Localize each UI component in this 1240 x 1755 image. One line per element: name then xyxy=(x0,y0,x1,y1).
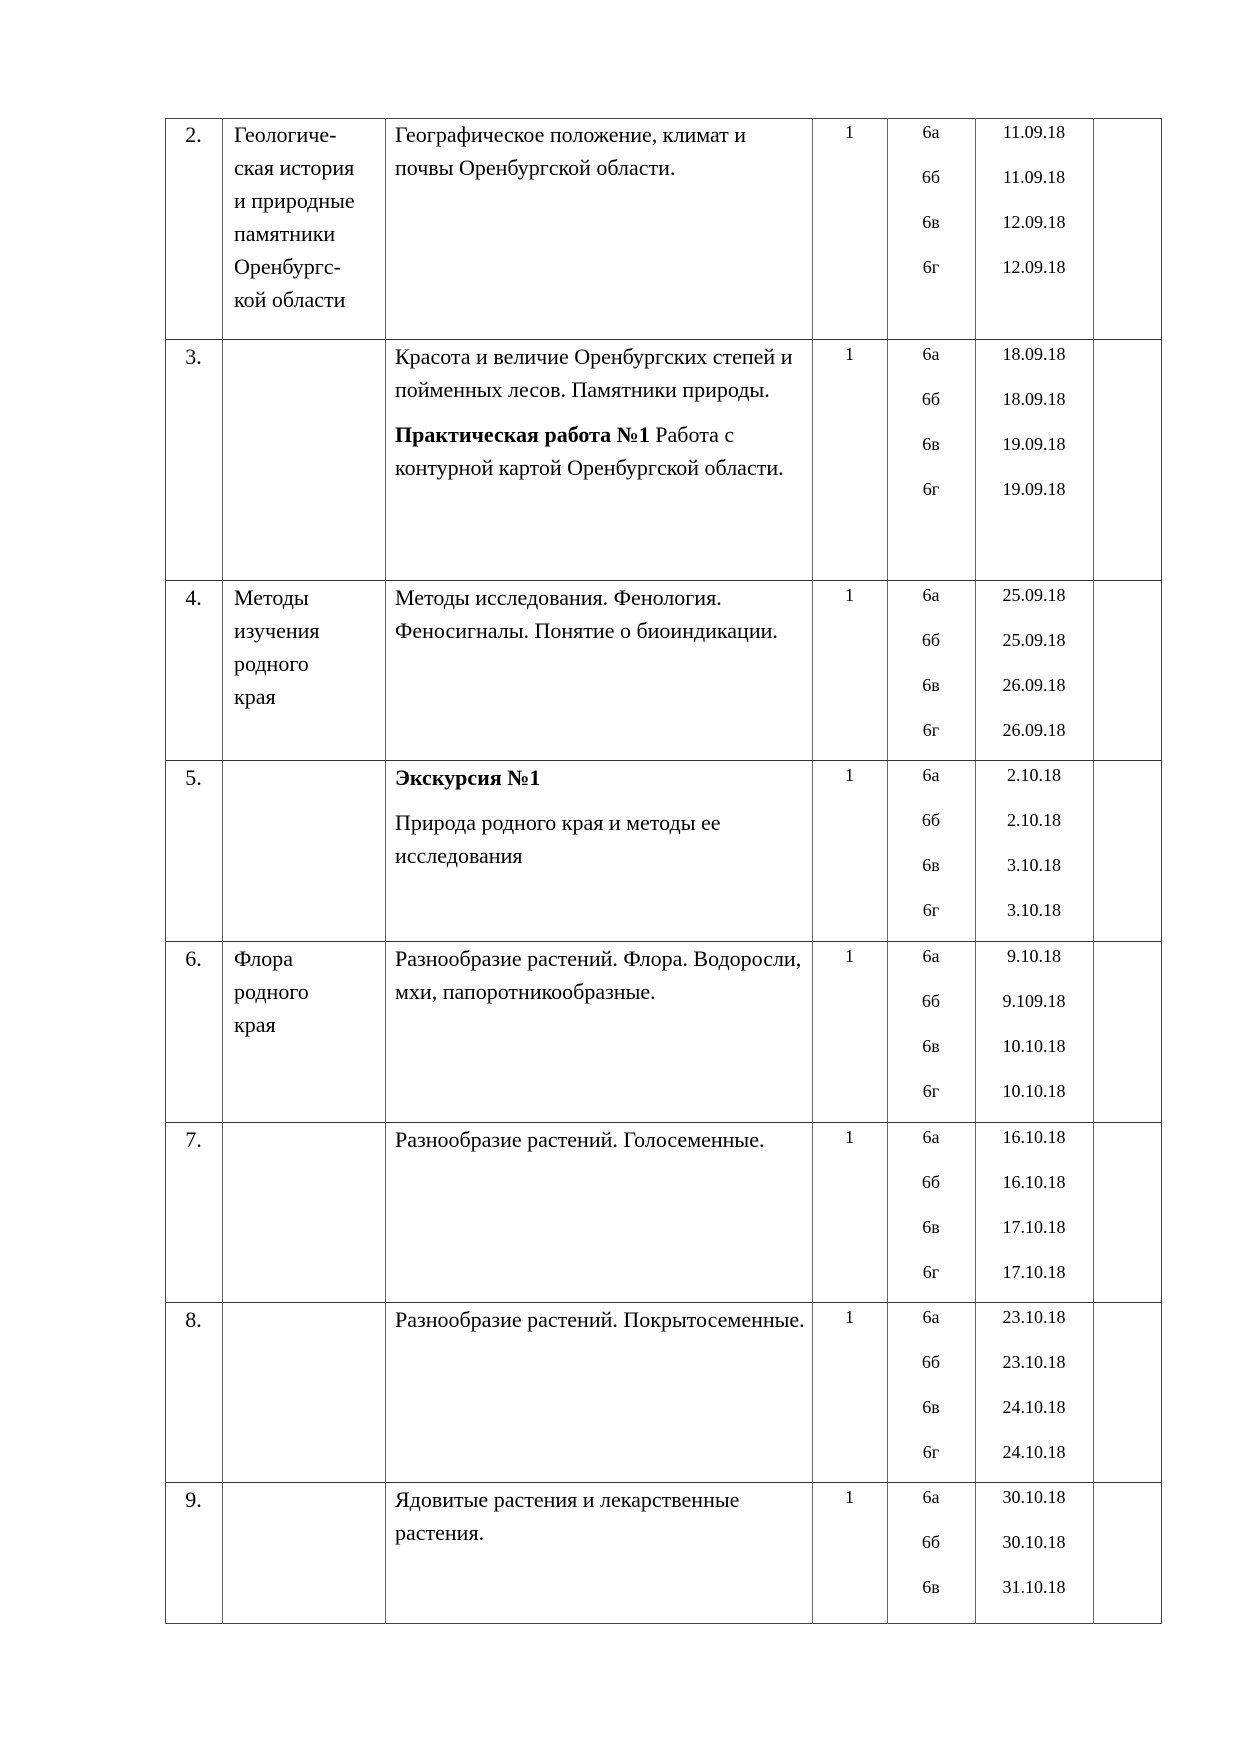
class-list: 6а6б6в6г xyxy=(887,761,975,941)
lesson-topic: Географическое положение, климат и почвы… xyxy=(385,118,812,196)
hours-count: 1 xyxy=(812,581,887,609)
class-name: 6б xyxy=(887,1168,975,1213)
topic-paragraph: Разнообразие растений. Голосеменные. xyxy=(395,1123,806,1156)
hours-count: 1 xyxy=(812,761,887,789)
hours-count: 1 xyxy=(812,1303,887,1331)
class-name: 6г xyxy=(887,716,975,761)
class-list: 6а6б6в6г xyxy=(887,581,975,761)
class-name: 6г xyxy=(887,253,975,298)
hours-count: 1 xyxy=(812,118,887,146)
section-title: Методыизученияродногокрая xyxy=(222,581,385,713)
class-name: 6г xyxy=(887,1258,975,1303)
planned-date: 23.10.18 xyxy=(975,1303,1093,1348)
class-name: 6б xyxy=(887,626,975,671)
date-list: 18.09.1818.09.1819.09.1819.09.18 xyxy=(975,340,1093,520)
section-title: Флорародногокрая xyxy=(222,942,385,1041)
planned-date: 9.109.18 xyxy=(975,987,1093,1032)
lesson-plan-table: 2.Геологиче-ская историяи природныепамят… xyxy=(165,118,1162,1624)
class-list: 6а6б6в6г xyxy=(887,1303,975,1483)
table-row: 2.Геологиче-ская историяи природныепамят… xyxy=(165,118,1162,339)
class-name: 6в xyxy=(887,1213,975,1258)
planned-date: 19.09.18 xyxy=(975,430,1093,475)
row-number: 5. xyxy=(165,761,222,794)
planned-date: 2.10.18 xyxy=(975,806,1093,851)
topic-bold-label: Практическая работа №1 xyxy=(395,422,650,447)
hours-count: 1 xyxy=(812,340,887,368)
hours-count: 1 xyxy=(812,1123,887,1151)
planned-date: 3.10.18 xyxy=(975,896,1093,941)
table-row: 9.Ядовитые растения и лекарственные раст… xyxy=(165,1482,1162,1625)
topic-paragraph: Географическое положение, климат и почвы… xyxy=(395,118,806,184)
planned-date: 30.10.18 xyxy=(975,1528,1093,1573)
date-list: 2.10.182.10.183.10.183.10.18 xyxy=(975,761,1093,941)
topic-paragraph: Практическая работа №1 Работа с контурно… xyxy=(395,418,806,484)
planned-date: 17.10.18 xyxy=(975,1258,1093,1303)
row-number: 3. xyxy=(165,340,222,373)
hours-count: 1 xyxy=(812,942,887,970)
class-list: 6а6б6в6г xyxy=(887,1123,975,1303)
lesson-topic: Ядовитые растения и лекарственные растен… xyxy=(385,1483,812,1561)
class-name: 6а xyxy=(887,1483,975,1528)
planned-date: 24.10.18 xyxy=(975,1393,1093,1438)
planned-date: 12.09.18 xyxy=(975,208,1093,253)
class-name: 6б xyxy=(887,385,975,430)
class-name: 6б xyxy=(887,1528,975,1573)
table-row: 5.Экскурсия №1 Природа родного края и ме… xyxy=(165,760,1162,942)
topic-paragraph: Методы исследования. Фенология. Феносигн… xyxy=(395,581,806,647)
class-name: 6в xyxy=(887,1573,975,1618)
section-title: Геологиче-ская историяи природныепамятни… xyxy=(222,118,385,316)
planned-date: 26.09.18 xyxy=(975,671,1093,716)
planned-date: 31.10.18 xyxy=(975,1573,1093,1618)
class-name: 6г xyxy=(887,1077,975,1122)
planned-date: 10.10.18 xyxy=(975,1077,1093,1122)
lesson-topic: Разнообразие растений. Флора. Водоросли,… xyxy=(385,942,812,1020)
class-name: 6а xyxy=(887,942,975,987)
topic-paragraph: Экскурсия №1 xyxy=(395,761,806,794)
table-row: 6.ФлорародногокраяРазнообразие растений.… xyxy=(165,941,1162,1123)
class-name: 6в xyxy=(887,430,975,475)
row-number: 7. xyxy=(165,1123,222,1156)
topic-paragraph: Природа родного края и методы ее исследо… xyxy=(395,806,806,872)
planned-date: 11.09.18 xyxy=(975,163,1093,208)
planned-date: 3.10.18 xyxy=(975,851,1093,896)
table-row: 4.МетодыизученияродногокраяМетоды исслед… xyxy=(165,580,1162,761)
class-name: 6а xyxy=(887,581,975,626)
date-list: 9.10.189.109.1810.10.1810.10.18 xyxy=(975,942,1093,1122)
class-name: 6б xyxy=(887,806,975,851)
class-name: 6в xyxy=(887,671,975,716)
date-list: 11.09.1811.09.1812.09.1812.09.18 xyxy=(975,118,1093,298)
lesson-topic: Экскурсия №1 Природа родного края и мето… xyxy=(385,761,812,884)
class-list: 6а6б6в6г xyxy=(887,118,975,298)
table-row: 3.Красота и величие Оренбургских степей … xyxy=(165,339,1162,581)
row-number: 9. xyxy=(165,1483,222,1516)
date-list: 16.10.1816.10.1817.10.1817.10.18 xyxy=(975,1123,1093,1303)
class-name: 6г xyxy=(887,896,975,941)
planned-date: 9.10.18 xyxy=(975,942,1093,987)
class-name: 6в xyxy=(887,1393,975,1438)
planned-date: 11.09.18 xyxy=(975,118,1093,163)
planned-date: 26.09.18 xyxy=(975,716,1093,761)
class-list: 6а6б6в6г xyxy=(887,340,975,520)
planned-date: 24.10.18 xyxy=(975,1438,1093,1483)
row-number: 6. xyxy=(165,942,222,975)
row-number: 2. xyxy=(165,118,222,151)
class-name: 6б xyxy=(887,1348,975,1393)
topic-paragraph: Красота и величие Оренбургских степей и … xyxy=(395,340,806,406)
planned-date: 19.09.18 xyxy=(975,475,1093,520)
class-name: 6а xyxy=(887,1123,975,1168)
planned-date: 30.10.18 xyxy=(975,1483,1093,1528)
lesson-topic: Разнообразие растений. Покрытосеменные. xyxy=(385,1303,812,1348)
class-name: 6в xyxy=(887,1032,975,1077)
table-row: 8.Разнообразие растений. Покрытосеменные… xyxy=(165,1302,1162,1483)
planned-date: 25.09.18 xyxy=(975,626,1093,671)
class-name: 6а xyxy=(887,340,975,385)
planned-date: 10.10.18 xyxy=(975,1032,1093,1077)
date-list: 25.09.1825.09.1826.09.1826.09.18 xyxy=(975,581,1093,761)
planned-date: 16.10.18 xyxy=(975,1168,1093,1213)
table-row: 7.Разнообразие растений. Голосеменные.16… xyxy=(165,1122,1162,1303)
class-name: 6г xyxy=(887,1438,975,1483)
row-number: 4. xyxy=(165,581,222,614)
class-name: 6а xyxy=(887,118,975,163)
planned-date: 23.10.18 xyxy=(975,1348,1093,1393)
row-number: 8. xyxy=(165,1303,222,1336)
topic-paragraph: Разнообразие растений. Флора. Водоросли,… xyxy=(395,942,806,1008)
planned-date: 16.10.18 xyxy=(975,1123,1093,1168)
class-name: 6а xyxy=(887,761,975,806)
class-name: 6в xyxy=(887,208,975,253)
class-name: 6б xyxy=(887,163,975,208)
date-list: 23.10.1823.10.1824.10.1824.10.18 xyxy=(975,1303,1093,1483)
topic-paragraph: Разнообразие растений. Покрытосеменные. xyxy=(395,1303,806,1336)
planned-date: 18.09.18 xyxy=(975,340,1093,385)
class-name: 6г xyxy=(887,475,975,520)
class-name: 6а xyxy=(887,1303,975,1348)
class-name: 6в xyxy=(887,851,975,896)
topic-bold-label: Экскурсия №1 xyxy=(395,765,540,790)
planned-date: 25.09.18 xyxy=(975,581,1093,626)
date-list: 30.10.1830.10.1831.10.18 xyxy=(975,1483,1093,1618)
lesson-topic: Методы исследования. Фенология. Феносигн… xyxy=(385,581,812,659)
planned-date: 12.09.18 xyxy=(975,253,1093,298)
hours-count: 1 xyxy=(812,1483,887,1511)
planned-date: 2.10.18 xyxy=(975,761,1093,806)
topic-paragraph: Ядовитые растения и лекарственные растен… xyxy=(395,1483,806,1549)
planned-date: 17.10.18 xyxy=(975,1213,1093,1258)
class-list: 6а6б6в xyxy=(887,1483,975,1618)
planned-date: 18.09.18 xyxy=(975,385,1093,430)
class-name: 6б xyxy=(887,987,975,1032)
class-list: 6а6б6в6г xyxy=(887,942,975,1122)
lesson-topic: Разнообразие растений. Голосеменные. xyxy=(385,1123,812,1168)
lesson-topic: Красота и величие Оренбургских степей и … xyxy=(385,340,812,496)
